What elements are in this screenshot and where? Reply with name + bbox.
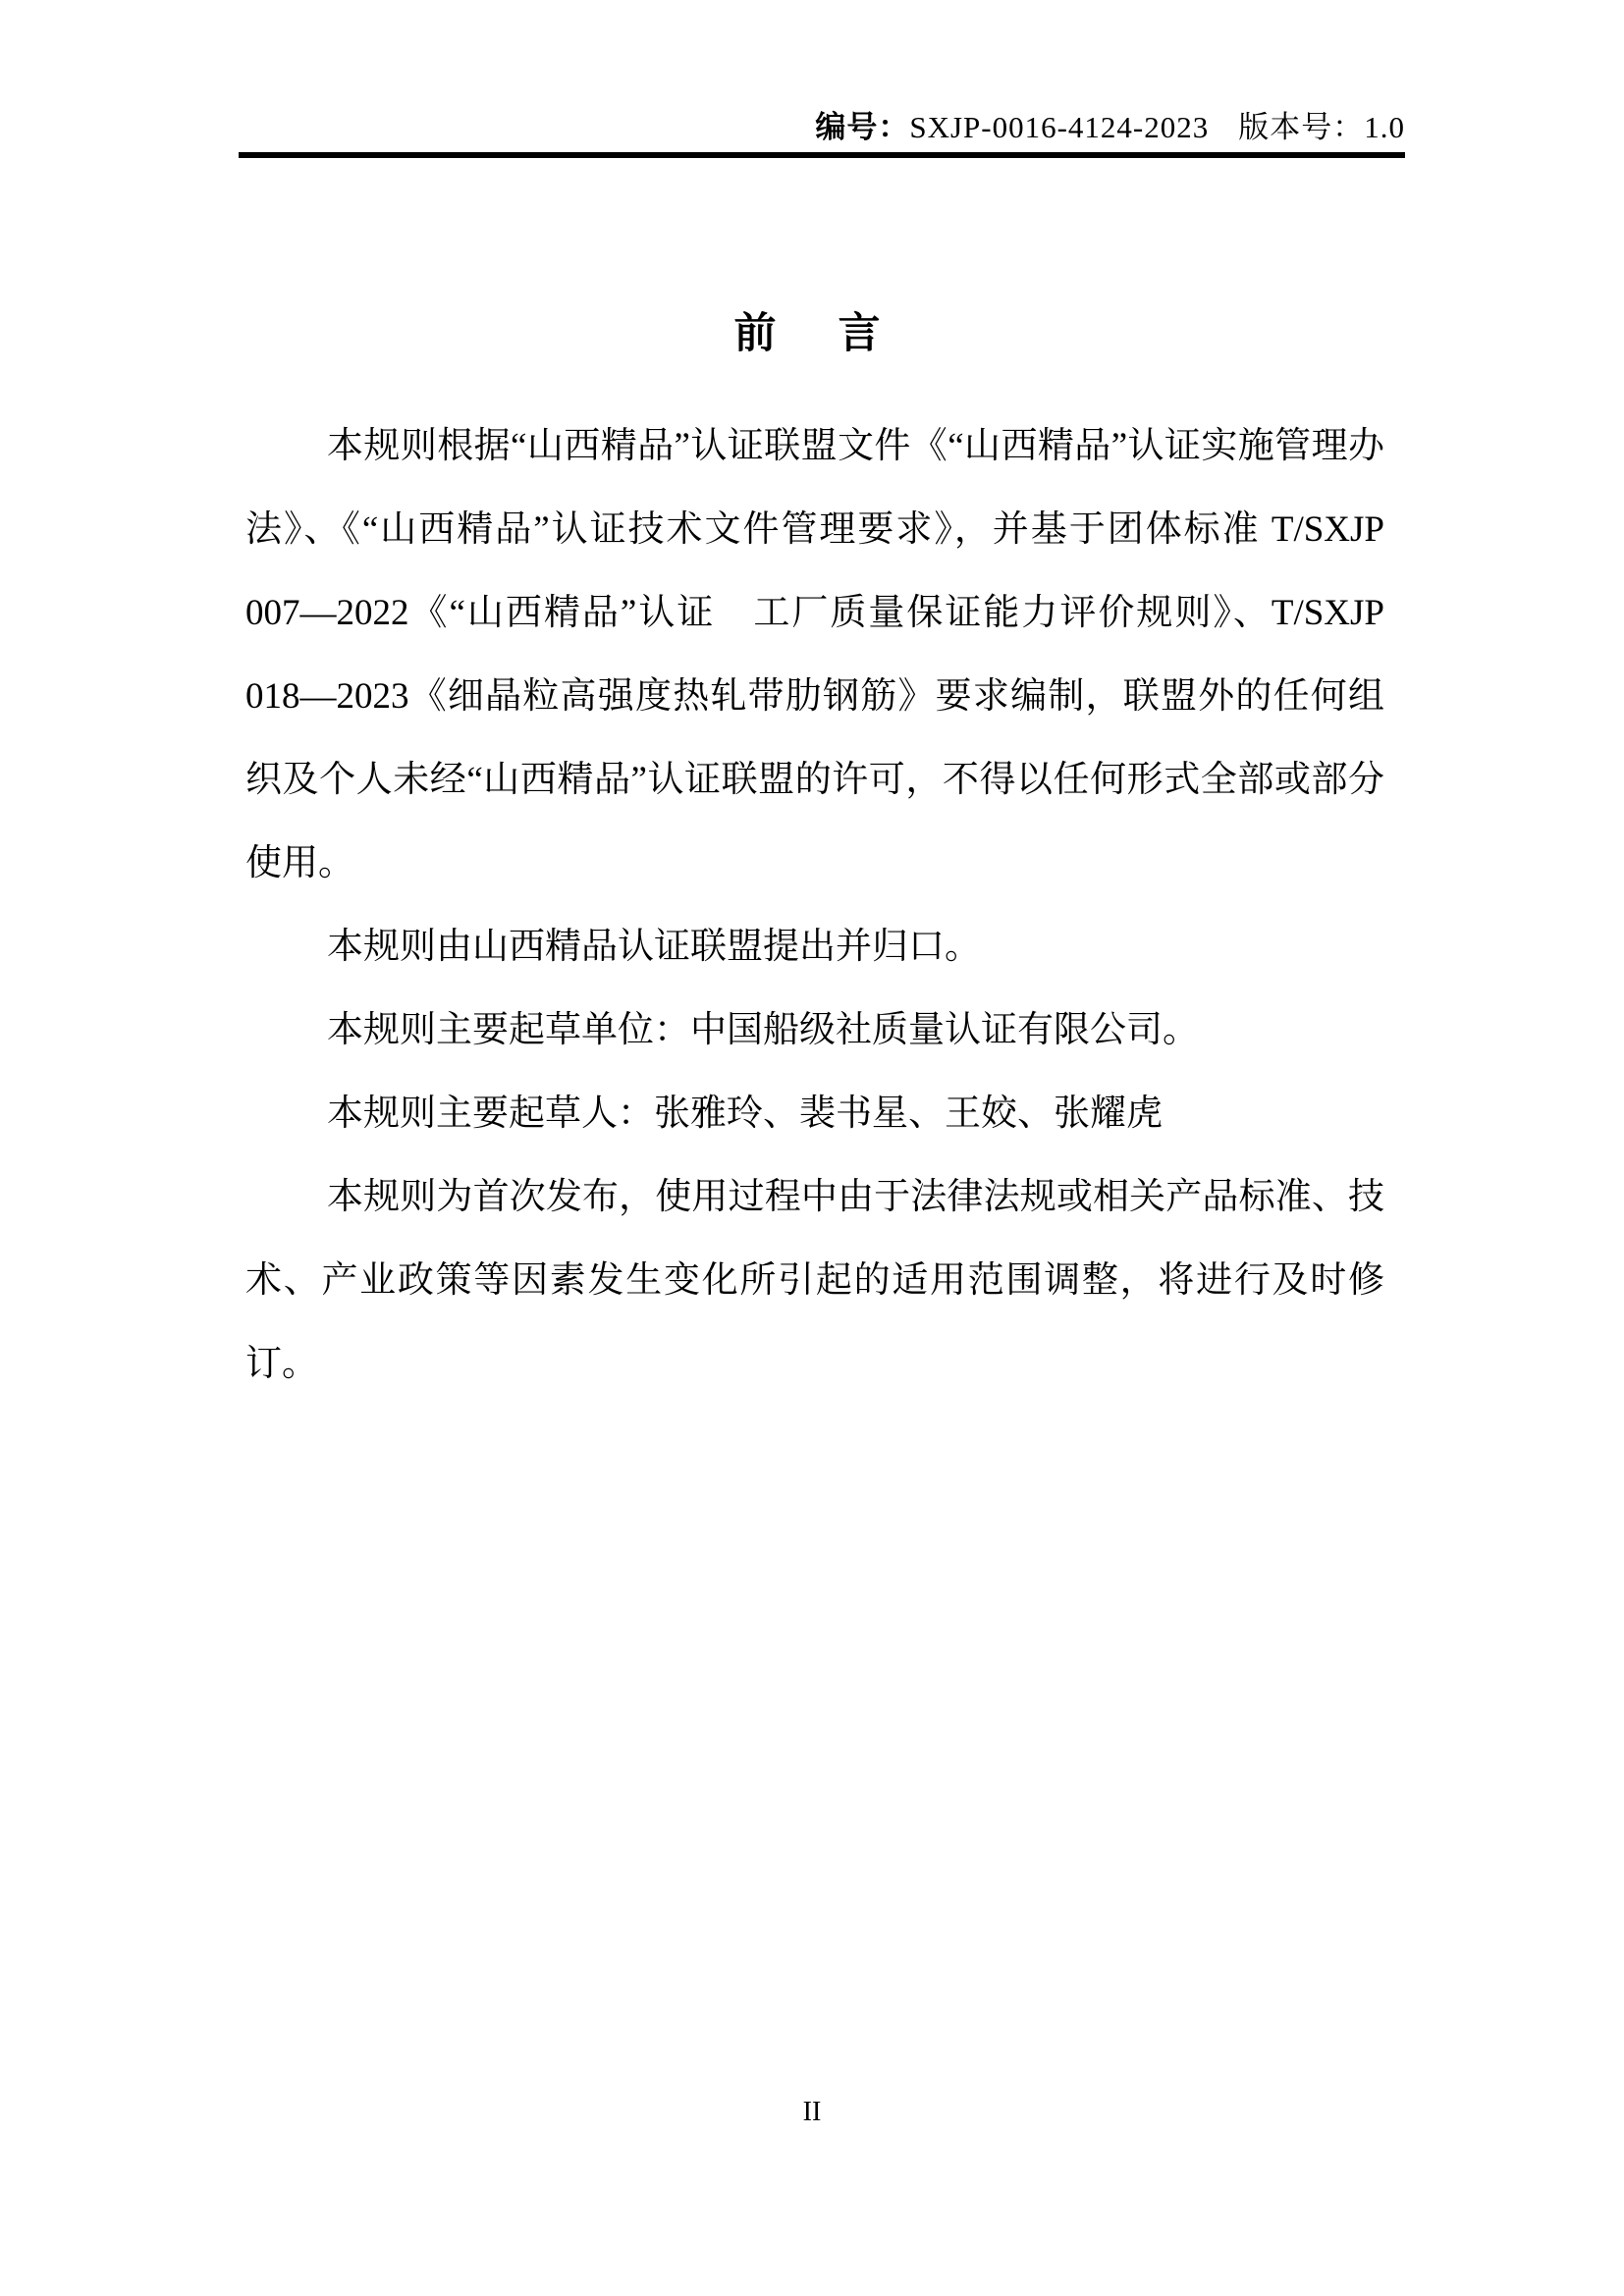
page-footer: II: [0, 2093, 1624, 2132]
document-body: 本规则根据“山西精品”认证联盟文件《“山西精品”认证实施管理办法》、《“山西精品…: [245, 404, 1384, 1406]
page-title: 前 言: [0, 300, 1624, 360]
version-value: 1.0: [1364, 110, 1405, 144]
paragraph-intro: 本规则根据“山西精品”认证联盟文件《“山西精品”认证实施管理办法》、《“山西精品…: [245, 404, 1384, 905]
version-label: 版本号：: [1238, 110, 1364, 144]
document-page: 编号：SXJP-0016-4124-2023版本号：1.0 前 言 本规则根据“…: [0, 0, 1624, 2296]
doc-number-value: SXJP-0016-4124-2023: [909, 110, 1209, 144]
page-header: 编号：SXJP-0016-4124-2023版本号：1.0: [239, 106, 1405, 149]
header-divider-rule: [239, 152, 1405, 158]
paragraph-drafting-unit: 本规则主要起草单位：中国船级社质量认证有限公司。: [245, 988, 1384, 1072]
page-number: II: [803, 2097, 822, 2127]
paragraph-proposed-by: 本规则由山西精品认证联盟提出并归口。: [245, 905, 1384, 988]
paragraph-drafters: 本规则主要起草人：张雅玲、裴书星、王姣、张耀虎: [245, 1072, 1384, 1155]
doc-number-label: 编号：: [815, 110, 909, 144]
paragraph-revision-note: 本规则为首次发布，使用过程中由于法律法规或相关产品标准、技术、产业政策等因素发生…: [245, 1155, 1384, 1406]
